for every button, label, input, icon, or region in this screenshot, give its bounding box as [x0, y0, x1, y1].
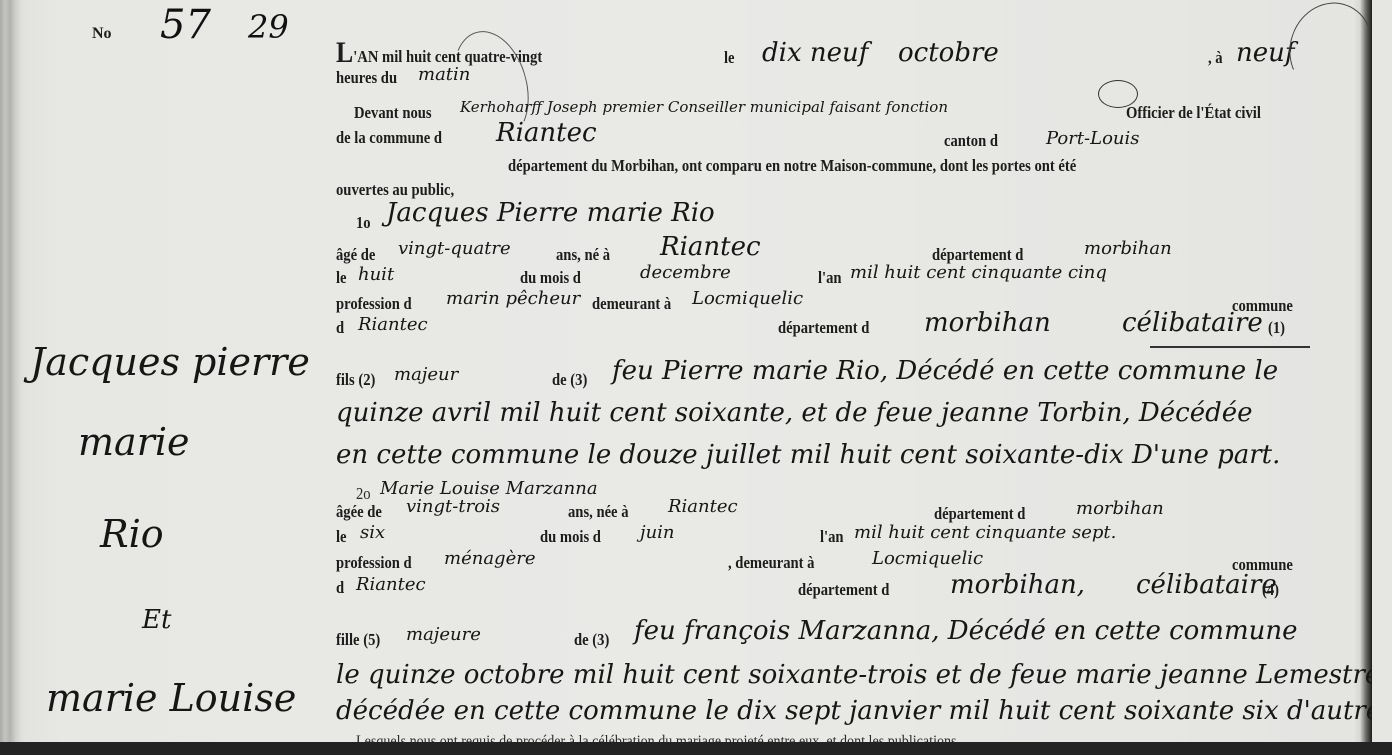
printed-note1: (1): [1268, 318, 1285, 338]
printed-du-mois-de: du mois d: [520, 268, 581, 288]
handwritten-groom-parents: quinze avril mil huit cent soixante, et …: [336, 398, 1253, 428]
printed-marker-1: 1o: [356, 213, 371, 233]
handwritten-groom-parents: en cette commune le douze juillet mil hu…: [336, 440, 1280, 470]
printed-a: , à: [1208, 48, 1223, 68]
handwritten-groom-name: Jacques Pierre marie Rio: [386, 198, 715, 228]
printed-marker-2: 2o: [356, 484, 371, 504]
printed-ouvertes: ouvertes au public,: [336, 180, 454, 200]
underline: [1150, 346, 1310, 348]
handwritten-groom-birth-year: mil huit cent cinquante cinq: [850, 262, 1107, 283]
handwritten-groom-age: vingt-quatre: [398, 238, 511, 259]
handwritten-bride-legal: majeure: [406, 624, 481, 645]
printed-de3: de (3): [552, 370, 587, 390]
handwritten-month: octobre: [898, 38, 999, 68]
handwritten-groom-legal: majeur: [394, 364, 458, 385]
printed-lesquels-cutoff: Lesquels nous ont requis de procéder à l…: [356, 734, 957, 742]
printed-heures-du: heures du: [336, 68, 397, 88]
printed-ans-ne-a: ans, né à: [556, 245, 610, 265]
handwritten-commune: Riantec: [496, 118, 597, 148]
margin-note-line: Et: [142, 605, 171, 635]
printed-note4: (4): [1262, 580, 1279, 600]
printed-departement-d: département d: [934, 504, 1025, 524]
printed-de: d: [336, 578, 344, 598]
handwritten-hour: neuf: [1236, 38, 1295, 68]
handwritten-bride-birth-month: juin: [640, 522, 675, 543]
handwritten-groom-status: célibataire: [1122, 308, 1263, 338]
printed-officier: Officier de l'État civil: [1126, 103, 1261, 123]
printed-profession-de: profession d: [336, 553, 412, 573]
handwritten-groom-commune: Riantec: [358, 314, 428, 335]
handwritten-groom-birth-month: decembre: [640, 262, 731, 283]
scanned-register-page: No 57 29 Jacques pierre marie Rio Et mar…: [0, 0, 1372, 742]
handwritten-bride-birth-day: six: [360, 522, 385, 543]
printed-commune-de: de la commune d: [336, 128, 442, 148]
handwritten-bride-birthplace: Riantec: [668, 496, 738, 517]
margin-note-line: marie: [78, 420, 190, 464]
printed-age-de: âgé de: [336, 245, 375, 265]
handwritten-bride-profession: ménagère: [444, 548, 535, 569]
printed-de3: de (3): [574, 630, 609, 650]
handwritten-groom-residence: Locmiquelic: [692, 288, 803, 309]
handwritten-officer: Kerhoharff Joseph premier Conseiller mun…: [460, 98, 948, 116]
printed-departement-d2: département d: [798, 580, 889, 600]
printed-ans-nee-a: ans, née à: [568, 502, 629, 522]
handwritten-bride-parents: feu françois Marzanna, Décédé en cette c…: [634, 616, 1298, 646]
printed-du-mois-de: du mois d: [540, 527, 601, 547]
handwritten-canton: Port-Louis: [1046, 128, 1140, 149]
handwritten-bride-birth-dept: morbihan: [1076, 498, 1164, 519]
handwritten-bride-department: morbihan,: [950, 570, 1085, 600]
handwritten-bride-parents: le quinze octobre mil huit cent soixante…: [336, 660, 1372, 690]
printed-le: le: [336, 268, 347, 288]
page-edge-shadow: [1352, 0, 1372, 742]
handwritten-groom-profession: marin pêcheur: [446, 288, 580, 309]
book-spine: [0, 0, 22, 742]
printed-departement-d2: département d: [778, 318, 869, 338]
viewer-bottom-bar: [0, 742, 1392, 755]
printed-canton-de: canton d: [944, 131, 998, 151]
printed-departement-line: département du Morbihan, ont comparu en …: [508, 156, 1076, 176]
printed-de: d: [336, 318, 344, 338]
margin-note-line: Jacques pierre: [30, 340, 310, 384]
handwritten-bride-age: vingt-trois: [406, 496, 500, 517]
handwritten-day: dix neuf: [762, 38, 868, 68]
handwritten-bride-parents: décédée en cette commune le dix sept jan…: [336, 696, 1372, 726]
printed-lan: l'an: [818, 268, 842, 288]
handwritten-groom-birth-dept: morbihan: [1084, 238, 1172, 259]
handwritten-groom-birthplace: Riantec: [660, 232, 761, 262]
printed-agee-de: âgée de: [336, 502, 382, 522]
pen-flourish: [1098, 80, 1138, 108]
handwritten-groom-department: morbihan: [924, 308, 1051, 338]
handwritten-groom-birth-day: huit: [358, 264, 394, 285]
printed-demeurant-a2: , demeurant à: [728, 553, 814, 573]
handwritten-groom-parents: feu Pierre marie Rio, Décédé en cette co…: [612, 356, 1278, 386]
handwritten-bride-birth-year: mil huit cent cinquante sept.: [854, 522, 1116, 543]
handwritten-bride-residence: Locmiquelic: [872, 548, 983, 569]
margin-note-line: marie Louise: [46, 676, 296, 720]
printed-le: le: [336, 527, 347, 547]
printed-devant-nous: Devant nous: [354, 103, 432, 123]
handwritten-bride-commune: Riantec: [356, 574, 426, 595]
margin-note-line: Rio: [100, 512, 164, 556]
act-number-label: No: [92, 25, 112, 43]
handwritten-bride-status: célibataire: [1136, 570, 1277, 600]
printed-fils: fils (2): [336, 370, 375, 390]
printed-lan: l'an: [820, 527, 844, 547]
act-number-handwritten: 57: [160, 2, 211, 48]
printed-le: le: [724, 48, 735, 68]
printed-profession-de: profession d: [336, 294, 412, 314]
act-number-secondary: 29: [248, 8, 289, 46]
printed-fille: fille (5): [336, 630, 380, 650]
printed-demeurant-a: demeurant à: [592, 294, 671, 314]
